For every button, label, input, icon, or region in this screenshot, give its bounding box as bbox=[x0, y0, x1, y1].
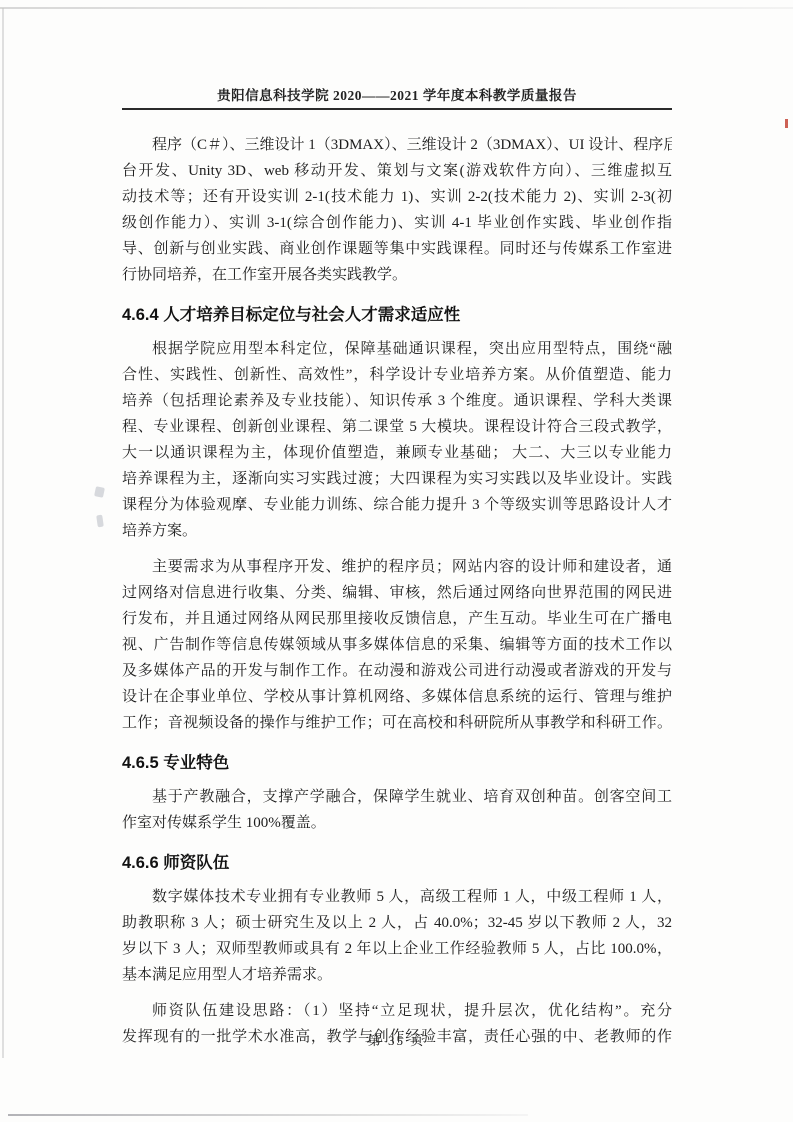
text-line: 课程分为体验观摩、专业能力训练、综合能力提升 3 个等级实训等思路设计人才 bbox=[122, 492, 672, 518]
text-line: 作室对传媒系学生 100%覆盖。 bbox=[122, 810, 672, 836]
document-header: 贵阳信息科技学院 2020——2021 学年度本科教学质量报告 bbox=[122, 0, 672, 110]
section-heading-4-6-5: 4.6.5 专业特色 bbox=[122, 749, 672, 773]
text-line: 级创作能力）、实训 3-1(综合创作能力)、实训 4-1 毕业创作实践、毕业创作… bbox=[122, 210, 672, 236]
text-line: 视、广告制作等信息传媒领域从事多媒体信息的采集、编辑等方面的技术工作以 bbox=[122, 632, 672, 658]
text-line: 主要需求为从事程序开发、维护的程序员；网站内容的设计师和建设者，通 bbox=[122, 554, 672, 580]
text-line: 培养（包括理论素养及专业技能）、知识传承 3 个维度。通识课程、学科大类课 bbox=[122, 388, 672, 414]
text-line: 基本满足应用型人才培养需求。 bbox=[122, 962, 672, 988]
scan-smudge-artifact bbox=[96, 515, 104, 528]
text-line: 培养方案。 bbox=[122, 518, 672, 544]
text-line: 助教职称 3 人；硕士研究生及以上 2 人，占 40.0%；32-45 岁以下教… bbox=[122, 910, 672, 936]
scan-edge-left-artifact bbox=[2, 8, 4, 1058]
section-heading-4-6-6: 4.6.6 师资队伍 bbox=[122, 849, 672, 873]
text-line: 程、专业课程、创新创业课程、第二课堂 5 大模块。课程设计符合三段式教学， bbox=[122, 414, 672, 440]
text-line: 导、创新与创业实践、商业创作课题等集中实践课程。同时还与传媒系工作室进 bbox=[122, 236, 672, 262]
paragraph-talent-demand: 主要需求为从事程序开发、维护的程序员；网站内容的设计师和建设者，通 过网络对信息… bbox=[122, 554, 672, 736]
text-line: 岁以下 3 人；双师型教师或具有 2 年以上企业工作经验教师 5 人，占比 10… bbox=[122, 936, 672, 962]
text-line: 行协同培养，在工作室开展各类实践教学。 bbox=[122, 262, 672, 288]
scan-smudge-artifact bbox=[94, 486, 105, 498]
text-line: 程序（C＃）、三维设计 1（3DMAX）、三维设计 2（3DMAX）、UI 设计… bbox=[122, 132, 672, 158]
text-line: 数字媒体技术专业拥有专业教师 5 人，高级工程师 1 人，中级工程师 1 人， bbox=[122, 884, 672, 910]
paragraph-specialty-features: 基于产教融合，支撑产学融合，保障学生就业、培育双创种苗。创客空间工 作室对传媒系… bbox=[122, 784, 672, 836]
paragraph-training-plan: 根据学院应用型本科定位，保障基础通识课程，突出应用型特点，围绕“融 合性、实践性… bbox=[122, 336, 672, 544]
scan-edge-bottom-artifact bbox=[8, 1114, 528, 1116]
document-body: 程序（C＃）、三维设计 1（3DMAX）、三维设计 2（3DMAX）、UI 设计… bbox=[122, 132, 672, 1050]
document-header-title: 贵阳信息科技学院 2020——2021 学年度本科教学质量报告 bbox=[122, 84, 672, 104]
text-line: 根据学院应用型本科定位，保障基础通识课程，突出应用型特点，围绕“融 bbox=[122, 336, 672, 362]
text-line: 及多媒体产品的开发与制作工作。在动漫和游戏公司进行动漫或者游戏的开发与 bbox=[122, 658, 672, 684]
scanned-document-page: 贵阳信息科技学院 2020——2021 学年度本科教学质量报告 程序（C＃）、三… bbox=[0, 0, 793, 1122]
text-line: 师资队伍建设思路：（1）坚持“立足现状，提升层次，优化结构”。充分 bbox=[122, 998, 672, 1024]
document-content: 贵阳信息科技学院 2020——2021 学年度本科教学质量报告 程序（C＃）、三… bbox=[122, 0, 672, 1060]
scan-red-mark-artifact bbox=[785, 119, 788, 128]
text-line: 设计在企事业单位、学校从事计算机网络、多媒体信息系统的运行、管理与维护 bbox=[122, 684, 672, 710]
text-line: 动技术等；还有开设实训 2-1(技术能力 1)、实训 2-2(技术能力 2)、实… bbox=[122, 184, 672, 210]
text-line: 过网络对信息进行收集、分类、编辑、审核，然后通过网络向世界范围的网民进 bbox=[122, 580, 672, 606]
text-line: 基于产教融合，支撑产学融合，保障学生就业、培育双创种苗。创客空间工 bbox=[122, 784, 672, 810]
text-line: 合性、实践性、创新性、高效性”，科学设计专业培养方案。从价值塑造、能力 bbox=[122, 362, 672, 388]
page-number: 第 35 页 bbox=[368, 1033, 426, 1048]
paragraph-practice-courses: 程序（C＃）、三维设计 1（3DMAX）、三维设计 2（3DMAX）、UI 设计… bbox=[122, 132, 672, 288]
section-heading-4-6-4: 4.6.4 人才培养目标定位与社会人才需求适应性 bbox=[122, 301, 672, 325]
text-line: 培养课程为主，逐渐向实习实践过渡；大四课程为实习实践以及毕业设计。实践 bbox=[122, 466, 672, 492]
text-line: 工作；音视频设备的操作与维护工作；可在高校和科研院所从事教学和科研工作。 bbox=[122, 710, 672, 736]
text-line: 台开发、Unity 3D、web 移动开发、策划与文案(游戏软件方向）、三维虚拟… bbox=[122, 158, 672, 184]
paragraph-faculty: 数字媒体技术专业拥有专业教师 5 人，高级工程师 1 人，中级工程师 1 人， … bbox=[122, 884, 672, 988]
page-footer: 第 35 页 bbox=[0, 1030, 793, 1050]
text-line: 行发布，并且通过网络从网民那里接收反馈信息，产生互动。毕业生可在广播电 bbox=[122, 606, 672, 632]
text-line: 大一以通识课程为主，体现价值塑造，兼顾专业基础； 大二、大三以专业能力 bbox=[122, 440, 672, 466]
